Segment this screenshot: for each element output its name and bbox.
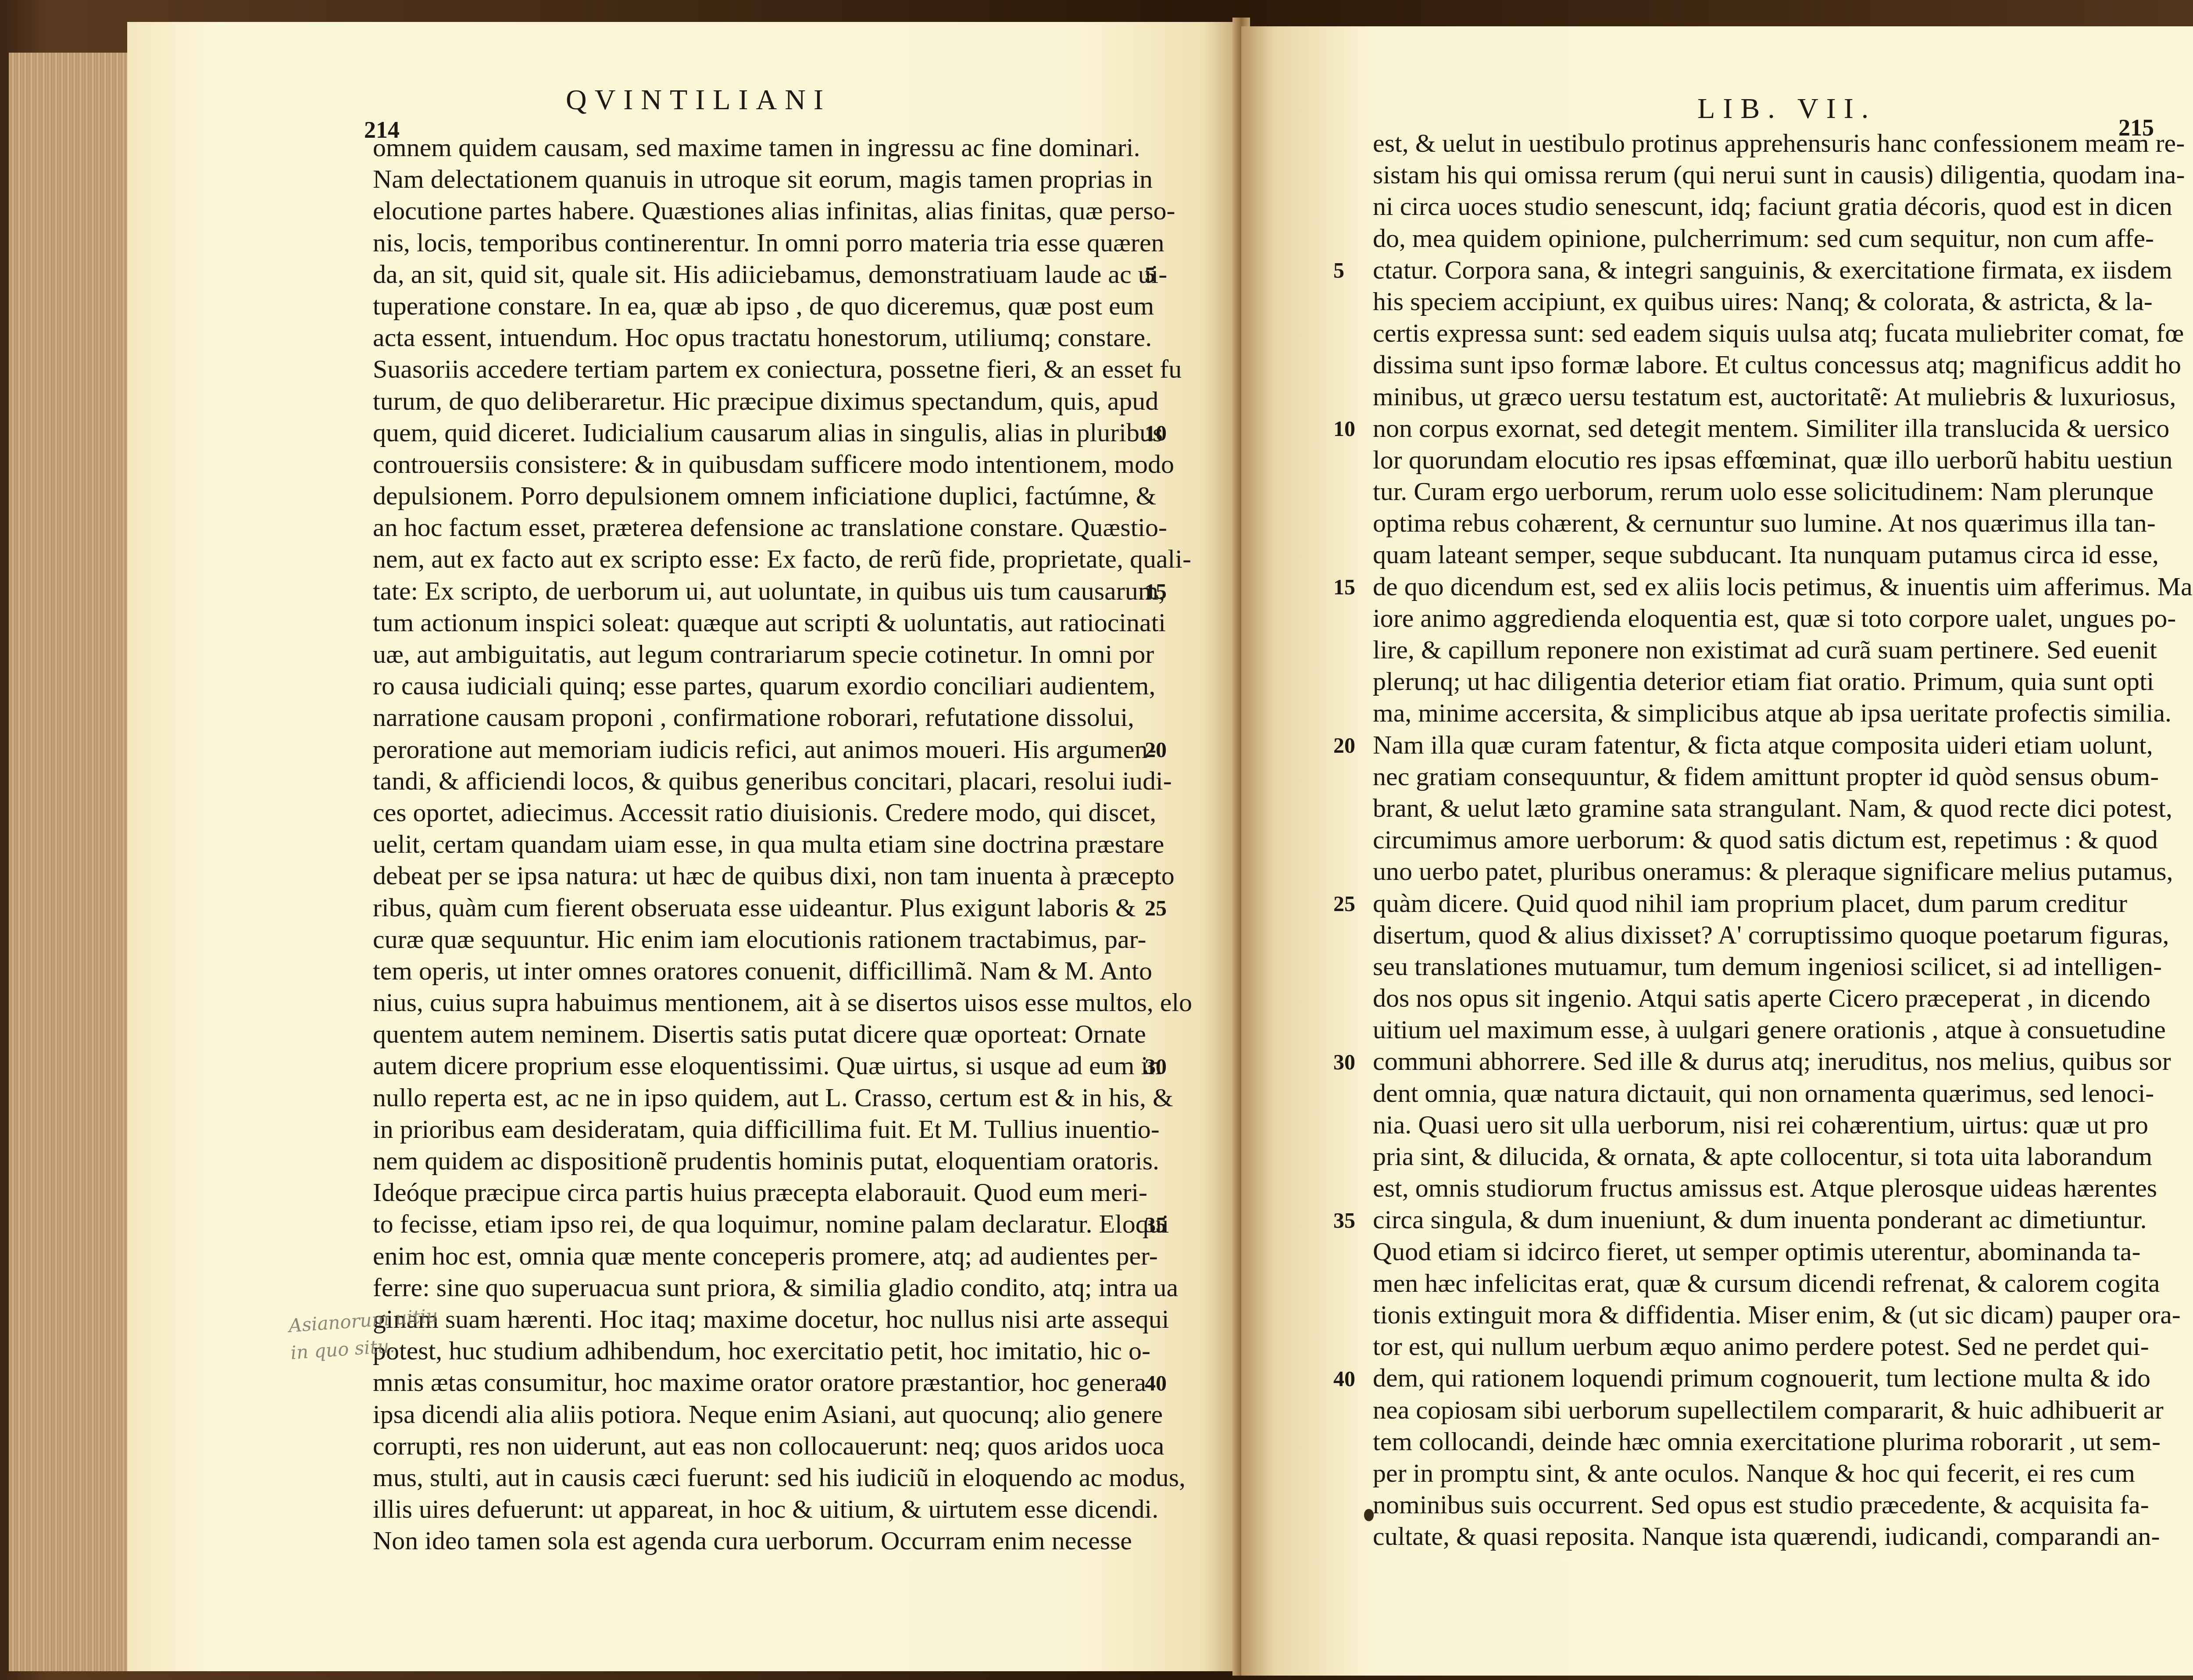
text-line: circumimus amore uerborum: & quod satis … (1373, 824, 2127, 855)
text-line: men hæc infelicitas erat, quæ & cursum d… (1373, 1267, 2127, 1299)
text-line: minibus, ut græco uersu testatum est, au… (1373, 381, 2127, 412)
text-line: optima rebus cohærent, & cernuntur suo l… (1373, 507, 2127, 539)
running-head: LIB. VII. (1697, 92, 1876, 125)
text-line: nullo reperta est, ac ne in ipso quidem,… (373, 1082, 1132, 1113)
text-line: circa singula, & dum inueniunt, & dum in… (1373, 1204, 2127, 1235)
text-line: da, an sit, quid sit, quale sit. His adi… (373, 258, 1132, 290)
text-line: uelit, certam quandam uiam esse, in qua … (373, 828, 1132, 860)
text-line: dem, qui rationem loquendi primum cognou… (1373, 1362, 2127, 1394)
text-line: non corpus exornat, sed detegit mentem. … (1373, 412, 2127, 444)
text-line: ginam suam hærenti. Hoc itaq; maxime doc… (373, 1303, 1132, 1335)
text-line: nominibus suis occurrent. Sed opus est s… (1373, 1489, 2127, 1520)
text-line: nem, aut ex facto aut ex scripto esse: E… (373, 543, 1132, 575)
text-line: Ideóque præcipue circa partis huius præc… (373, 1176, 1132, 1208)
text-line: mnis ætas consumitur, hoc maxime orator … (373, 1366, 1132, 1398)
text-line: ribus, quàm cum fierent obseruata esse u… (373, 892, 1132, 923)
line-marker: 15 (1145, 579, 1167, 604)
text-line: est, omnis studiorum fructus amissus est… (1373, 1172, 2127, 1204)
text-line: lor quorundam elocutio res ipsas effœmin… (1373, 444, 2127, 475)
text-line: acta essent, intuendum. Hoc opus tractat… (373, 322, 1132, 353)
line-marker: 15 (1333, 574, 1355, 600)
body-text: omnem quidem causam, sed maxime tamen in… (373, 132, 1132, 1556)
text-line: certis expressa sunt: sed eadem siquis u… (1373, 317, 2127, 349)
line-marker: 5 (1145, 262, 1156, 287)
text-line: in prioribus eam desideratam, quia diffi… (373, 1113, 1132, 1145)
left-page: 214 QVINTILIANI omnem quidem causam, sed… (127, 22, 1237, 1671)
text-line: quam lateant semper, seque subducant. It… (1373, 539, 2127, 570)
text-line: Non ideo tamen sola est agenda cura uerb… (373, 1525, 1132, 1556)
text-line: communi abhorrere. Sed ille & durus atq;… (1373, 1045, 2127, 1077)
text-line: sistam his qui omissa rerum (qui nerui s… (1373, 159, 2127, 190)
line-marker: 35 (1145, 1212, 1167, 1237)
text-line: ni circa uoces studio senescunt, idq; fa… (1373, 190, 2127, 222)
text-line: brant, & uelut læto gramine sata strangu… (1373, 792, 2127, 824)
text-line: ipsa dicendi alia aliis potiora. Neque e… (373, 1398, 1132, 1430)
text-line: Nam illa quæ curam fatentur, & ficta atq… (1373, 729, 2127, 761)
text-line: per in promptu sint, & ante oculos. Nanq… (1373, 1457, 2127, 1489)
text-line: lire, & capillum reponere non existimat … (1373, 634, 2127, 665)
text-line: uæ, aut ambiguitatis, aut legum contrari… (373, 638, 1132, 670)
text-line: tandi, & afficiendi locos, & quibus gene… (373, 765, 1132, 797)
text-line: ro causa iudiciali quinq; esse partes, q… (373, 670, 1132, 701)
text-line: Suasoriis accedere tertiam partem ex con… (373, 353, 1132, 385)
text-line: debeat per se ipsa natura: ut hæc de qui… (373, 860, 1132, 891)
text-line: tem operis, ut inter omnes oratores conu… (373, 955, 1132, 987)
text-line: cultate, & quasi reposita. Nanque ista q… (1373, 1520, 2127, 1552)
text-line: tionis extinguit mora & diffidentia. Mis… (1373, 1299, 2127, 1330)
text-line: to fecisse, etiam ipso rei, de qua loqui… (373, 1208, 1132, 1240)
text-line: pria sint, & dilucida, & ornata, & apte … (1373, 1140, 2127, 1172)
line-marker: 10 (1333, 416, 1355, 441)
text-line: nem quidem ac dispositionẽ prudentis hom… (373, 1145, 1132, 1176)
running-head: QVINTILIANI (566, 83, 831, 117)
right-page: LIB. VII. 215 est, & uelut in uestibulo … (1241, 26, 2193, 1676)
text-line: curæ quæ sequuntur. Hic enim iam elocuti… (373, 923, 1132, 955)
text-line: enim hoc est, omnia quæ mente conceperis… (373, 1240, 1132, 1272)
text-line: iore animo aggredienda eloquentia est, q… (1373, 602, 2127, 634)
text-line: tur. Curam ergo uerborum, rerum uolo ess… (1373, 475, 2127, 507)
text-line: de quo dicendum est, sed ex aliis locis … (1373, 571, 2127, 602)
text-line: plerunq; ut hac diligentia deterior etia… (1373, 665, 2127, 697)
text-line: est, & uelut in uestibulo protinus appre… (1373, 127, 2127, 159)
text-line: do, mea quidem opinione, pulcherrimum: s… (1373, 222, 2127, 254)
text-line: nia. Quasi uero sit ulla uerborum, nisi … (1373, 1109, 2127, 1140)
text-line: disertum, quod & alius dixisset? A' corr… (1373, 919, 2127, 951)
handwritten-margin-note: Asianorum uitiu in quo situ. (288, 1302, 441, 1366)
line-marker: 30 (1145, 1054, 1167, 1079)
text-line: tor est, qui nullum uerbum æquo animo pe… (1373, 1330, 2127, 1362)
line-marker: 40 (1145, 1370, 1167, 1396)
line-marker: 30 (1333, 1049, 1355, 1075)
text-line: depulsionem. Porro depulsionem omnem inf… (373, 480, 1132, 511)
text-line: tum actionum inspici soleat: quæque aut … (373, 607, 1132, 638)
text-line: dos nos opus sit ingenio. Atqui satis ap… (1373, 982, 2127, 1014)
text-line: mus, stulti, aut in causis cæci fuerunt:… (373, 1462, 1132, 1493)
text-line: ma, minime accersita, & simplicibus atqu… (1373, 697, 2127, 729)
text-line: quentem autem neminem. Disertis satis pu… (373, 1018, 1132, 1050)
text-line: uno uerbo patet, pluribus oneramus: & pl… (1373, 855, 2127, 887)
body-text: est, & uelut in uestibulo protinus appre… (1373, 127, 2127, 1552)
line-marker: 20 (1145, 737, 1167, 762)
text-line: dissima sunt ipso formæ labore. Et cultu… (1373, 349, 2127, 380)
text-line: omnem quidem causam, sed maxime tamen in… (373, 132, 1132, 163)
text-line: tuperatione constare. In ea, quæ ab ipso… (373, 290, 1132, 322)
text-line: nea copiosam sibi uerborum supellectilem… (1373, 1394, 2127, 1426)
text-line: autem dicere proprium esse eloquentissim… (373, 1050, 1132, 1081)
text-line: seu translationes mutuamur, tum demum in… (1373, 951, 2127, 982)
text-line: peroratione aut memoriam iudicis refici,… (373, 733, 1132, 765)
text-line: Quod etiam si idcirco fieret, ut semper … (1373, 1236, 2127, 1267)
text-line: ferre: sine quo superuacua sunt priora, … (373, 1272, 1132, 1303)
text-line: Nam delectationem quanuis in utroque sit… (373, 163, 1132, 195)
line-marker: 5 (1333, 257, 1344, 283)
line-marker: 25 (1145, 895, 1167, 921)
line-marker: 25 (1333, 891, 1355, 916)
text-line: controuersiis consistere: & in quibusdam… (373, 448, 1132, 480)
text-line: nec gratiam consequuntur, & fidem amittu… (1373, 761, 2127, 792)
line-marker: 10 (1145, 420, 1167, 446)
text-line: nius, cuius supra habuimus mentionem, ai… (373, 987, 1132, 1018)
text-line: tem collocandi, deinde hæc omnia exercit… (1373, 1426, 2127, 1457)
line-marker: 40 (1333, 1366, 1355, 1391)
text-line: potest, huc studium adhibendum, hoc exer… (373, 1335, 1132, 1366)
text-line: narratione causam proponi , confirmation… (373, 701, 1132, 733)
text-line: illis uires defuerunt: ut appareat, in h… (373, 1493, 1132, 1525)
text-line: quàm dicere. Quid quod nihil iam propriu… (1373, 887, 2127, 919)
text-line: dent omnia, quæ natura dictauit, qui non… (1373, 1077, 2127, 1109)
text-line: ces oportet, adiecimus. Accessit ratio d… (373, 797, 1132, 828)
text-line: quem, quid diceret. Iudicialium causarum… (373, 417, 1132, 448)
line-marker: 35 (1333, 1208, 1355, 1233)
text-line: corrupti, res non uiderunt, aut eas non … (373, 1430, 1132, 1462)
page-edges-left (9, 53, 136, 1671)
text-line: ctatur. Corpora sana, & integri sanguini… (1373, 254, 2127, 286)
text-line: his speciem accipiunt, ex quibus uires: … (1373, 286, 2127, 317)
text-line: uitium uel maximum esse, à uulgari gener… (1373, 1014, 2127, 1045)
text-line: elocutione partes habere. Quæstiones ali… (373, 195, 1132, 226)
text-line: nis, locis, temporibus continerentur. In… (373, 227, 1132, 258)
line-marker: 20 (1333, 733, 1355, 758)
text-line: tate: Ex scripto, de uerborum ui, aut uo… (373, 575, 1132, 607)
ink-stain (1364, 1509, 1374, 1521)
text-line: an hoc factum esset, præterea defensione… (373, 511, 1132, 543)
text-line: turum, de quo deliberaretur. Hic præcipu… (373, 385, 1132, 417)
